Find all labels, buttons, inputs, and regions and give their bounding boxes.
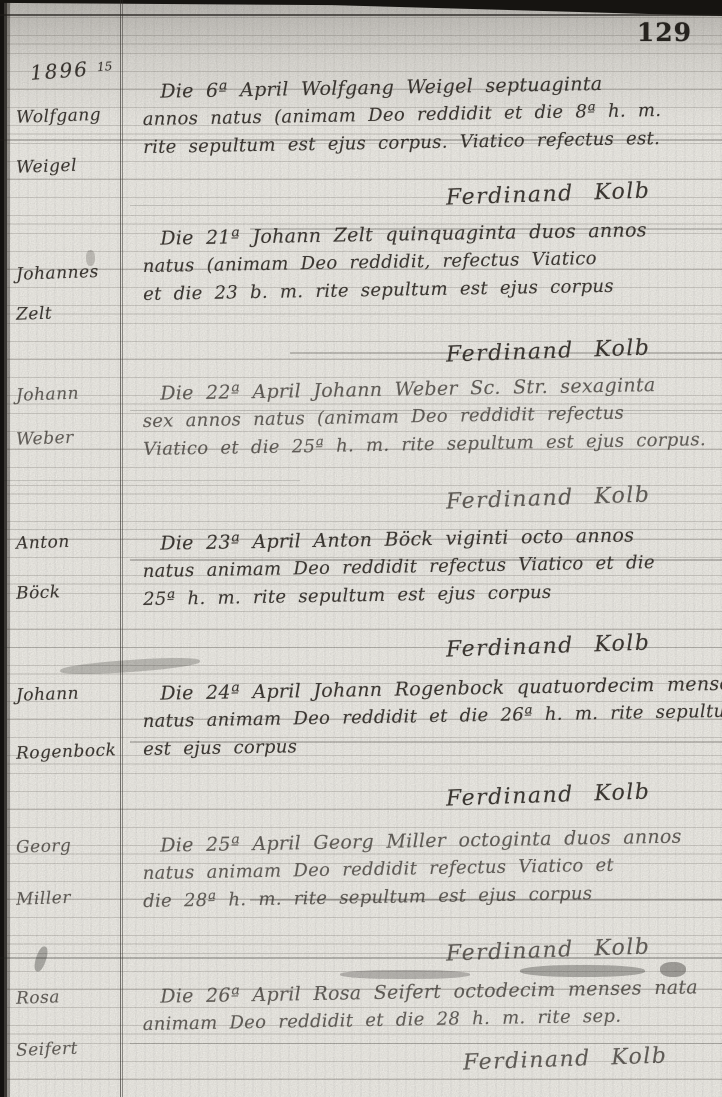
entry-text: Die 6ª April Wolfgang Weigel septuaginta… (142, 68, 715, 162)
decedent-name-margin: Weigel (16, 154, 119, 178)
decedent-name-margin: Johann (16, 682, 119, 706)
entry-text: Die 22ª April Johann Weber Sc. Str. sexa… (142, 370, 715, 464)
entry-text: Die 25ª April Georg Miller octoginta duo… (142, 822, 715, 916)
decedent-name-margin: Zelt (16, 301, 119, 325)
heavy-rule-line (0, 480, 300, 481)
binding-edge (0, 0, 12, 1097)
decedent-name-margin: Böck (16, 580, 119, 604)
decedent-name-margin: Miller (16, 886, 119, 910)
entry-text: Die 26ª April Rosa Seifert octodecim men… (142, 973, 715, 1039)
decedent-name-margin: Anton (16, 530, 119, 554)
decedent-name-margin: Rosa (16, 985, 119, 1009)
decedent-name-margin: Georg (16, 834, 119, 858)
top-rule-line (0, 14, 722, 16)
margin-divider-rule (120, 0, 124, 1097)
decedent-name-margin: Johann (16, 382, 119, 406)
decedent-name-margin: Johannes (16, 261, 119, 285)
decedent-name-margin: Weber (16, 426, 119, 450)
decedent-name-margin: Seifert (16, 1037, 119, 1061)
decedent-name-margin: Rogenbock (16, 740, 119, 764)
entry-text: Die 23ª April Anton Böck viginti octo an… (142, 520, 715, 614)
entry-text: Die 21ª Johann Zelt quinquaginta duos an… (142, 215, 715, 309)
year-mark: 15 (97, 59, 113, 74)
heavy-rule-line (130, 205, 722, 206)
decedent-name-margin: Wolfgang (16, 104, 119, 128)
page-number: 129 (637, 18, 692, 47)
scanned-register-page: 129 1896 15 Wolfgang Weigel Die 6ª April… (0, 0, 722, 1097)
entry-text: Die 24ª April Johann Rogenbock quatuorde… (142, 670, 715, 764)
year-value: 1896 (29, 57, 89, 85)
